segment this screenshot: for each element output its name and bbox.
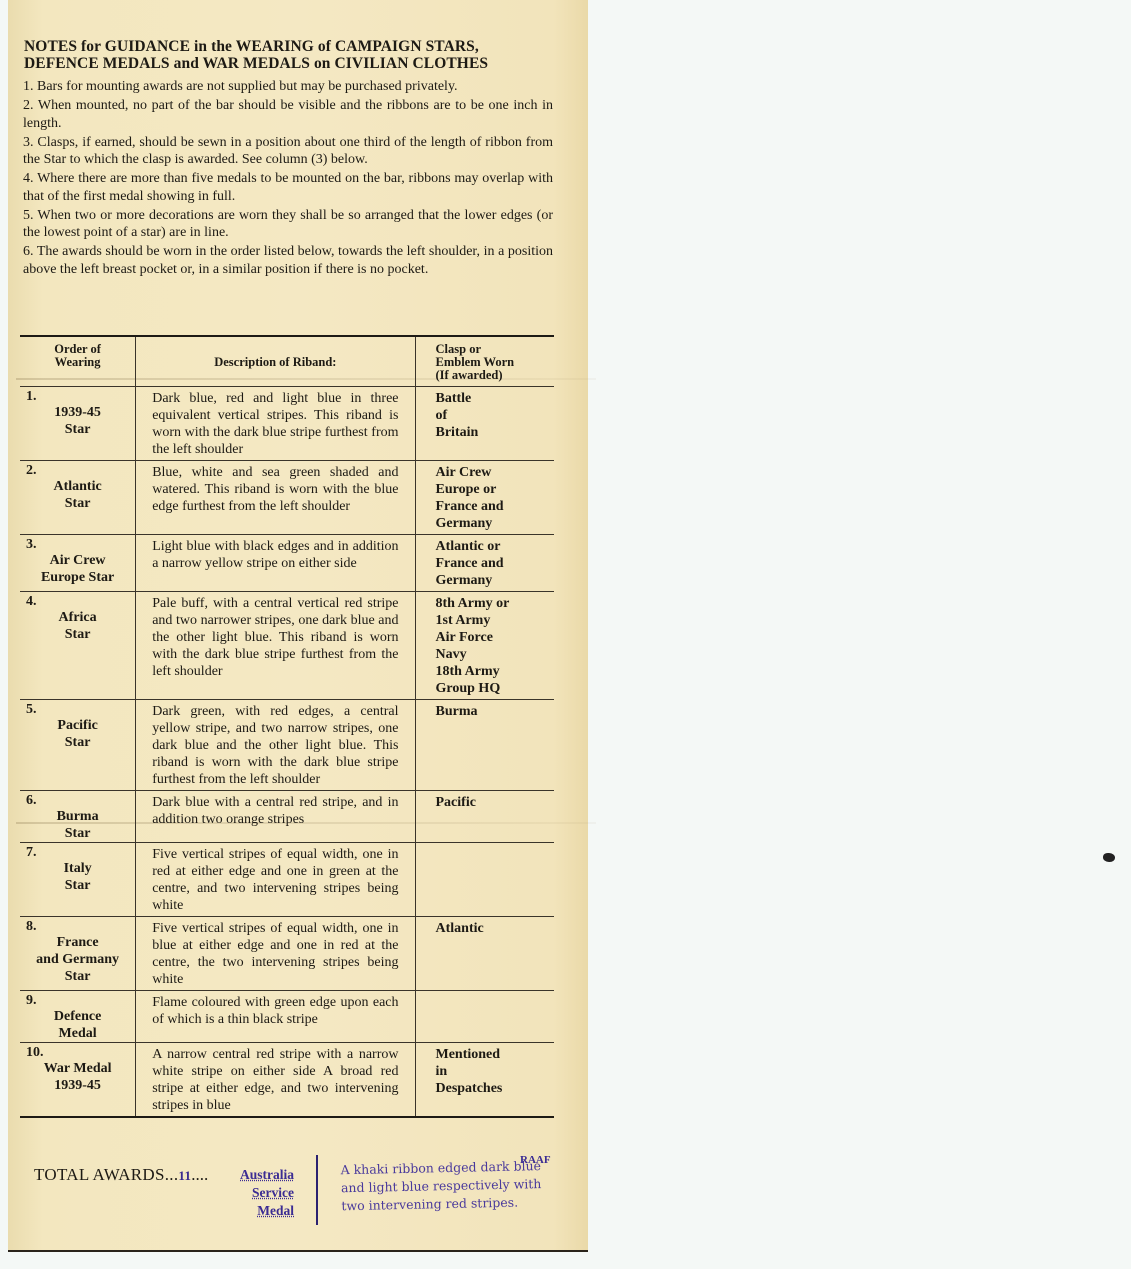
- note-3: 3. Clasps, if earned, should be sewn in …: [23, 134, 553, 169]
- medal-name: Defence Medal: [20, 1008, 135, 1042]
- table-row: 9.Defence MedalFlame coloured with green…: [20, 991, 554, 1043]
- riband-description: Flame coloured with green edge upon each…: [136, 991, 415, 1043]
- table-row: 2.Atlantic StarBlue, white and sea green…: [20, 461, 554, 535]
- order-number: 5.: [20, 700, 135, 717]
- order-number: 10.: [20, 1043, 135, 1060]
- clasp-emblem: Burma: [415, 700, 554, 791]
- order-number: 2.: [20, 461, 135, 478]
- medal-name: Atlantic Star: [20, 478, 135, 512]
- stamp-line: Australia: [198, 1166, 294, 1184]
- order-number: 9.: [20, 991, 135, 1008]
- table-row: 7.Italy StarFive vertical stripes of equ…: [20, 843, 554, 917]
- order-number: 7.: [20, 843, 135, 860]
- title-line-1: NOTES for GUIDANCE in the WEARING of CAM…: [24, 38, 554, 55]
- riband-description: Dark green, with red edges, a central ye…: [136, 700, 415, 791]
- order-cell: 9.Defence Medal: [20, 991, 136, 1043]
- riband-description: Pale buff, with a central vertical red s…: [136, 592, 415, 700]
- order-cell: 8.France and Germany Star: [20, 917, 136, 991]
- order-number: 4.: [20, 592, 135, 609]
- medal-name: Burma Star: [20, 808, 135, 842]
- medal-name: Italy Star: [20, 860, 135, 894]
- order-cell: 6.Burma Star: [20, 791, 136, 843]
- clasp-emblem: Atlantic: [415, 917, 554, 991]
- table-row: 3.Air Crew Europe StarLight blue with bl…: [20, 535, 554, 592]
- riband-description: Blue, white and sea green shaded and wat…: [136, 461, 415, 535]
- order-cell: 10.War Medal 1939-45: [20, 1043, 136, 1118]
- clasp-emblem: Pacific: [415, 791, 554, 843]
- note-5: 5. When two or more decorations are worn…: [23, 207, 553, 242]
- table-row: 10.War Medal 1939-45A narrow central red…: [20, 1043, 554, 1118]
- order-cell: 2.Atlantic Star: [20, 461, 136, 535]
- note-2: 2. When mounted, no part of the bar shou…: [23, 97, 553, 132]
- total-awards: TOTAL AWARDS...11....: [34, 1165, 208, 1185]
- medal-name: France and Germany Star: [20, 934, 135, 985]
- header-order: Order of Wearing: [20, 336, 136, 387]
- order-number: 3.: [20, 535, 135, 552]
- note-4: 4. Where there are more than five medals…: [23, 170, 553, 205]
- clasp-emblem: Mentioned in Despatches: [415, 1043, 554, 1118]
- awards-table: Order of Wearing Description of Riband: …: [20, 335, 554, 1118]
- medal-name: Pacific Star: [20, 717, 135, 751]
- clasp-emblem: Air Crew Europe or France and Germany: [415, 461, 554, 535]
- order-cell: 7.Italy Star: [20, 843, 136, 917]
- clasp-emblem: Atlantic or France and Germany: [415, 535, 554, 592]
- medal-name: War Medal 1939-45: [20, 1060, 135, 1094]
- riband-description: Light blue with black edges and in addit…: [136, 535, 415, 592]
- clasp-emblem: [415, 991, 554, 1043]
- riband-description: A narrow central red stripe with a narro…: [136, 1043, 415, 1118]
- medal-name: 1939-45 Star: [20, 404, 135, 438]
- order-cell: 5.Pacific Star: [20, 700, 136, 791]
- total-awards-value: 11: [178, 1168, 191, 1183]
- stamp-line: Service: [198, 1184, 294, 1202]
- table-header-row: Order of Wearing Description of Riband: …: [20, 336, 554, 387]
- table-row: 8.France and Germany StarFive vertical s…: [20, 917, 554, 991]
- riband-description: Five vertical stripes of equal width, on…: [136, 843, 415, 917]
- stamp-line: Medal: [198, 1202, 294, 1220]
- header-description: Description of Riband:: [136, 336, 415, 387]
- riband-description: Dark blue, red and light blue in three e…: [136, 387, 415, 461]
- header-clasp: Clasp or Emblem Worn (If awarded): [415, 336, 554, 387]
- clasp-emblem: Battle of Britain: [415, 387, 554, 461]
- title-line-2: DEFENCE MEDALS and WAR MEDALS on CIVILIA…: [24, 55, 554, 72]
- table-row: 5.Pacific StarDark green, with red edges…: [20, 700, 554, 791]
- order-cell: 3.Air Crew Europe Star: [20, 535, 136, 592]
- table-row: 1.1939-45 StarDark blue, red and light b…: [20, 387, 554, 461]
- order-cell: 1.1939-45 Star: [20, 387, 136, 461]
- document-title: NOTES for GUIDANCE in the WEARING of CAM…: [24, 38, 554, 72]
- table-row: 6.Burma StarDark blue with a central red…: [20, 791, 554, 843]
- medal-name: Africa Star: [20, 609, 135, 643]
- clasp-emblem: 8th Army or 1st Army Air Force Navy 18th…: [415, 592, 554, 700]
- order-number: 8.: [20, 917, 135, 934]
- order-number: 6.: [20, 791, 135, 808]
- clasp-emblem: [415, 843, 554, 917]
- stamp-divider: [316, 1155, 318, 1225]
- order-number: 1.: [20, 387, 135, 404]
- scan-speck: [1103, 853, 1115, 862]
- order-cell: 4.Africa Star: [20, 592, 136, 700]
- table-row: 4.Africa StarPale buff, with a central v…: [20, 592, 554, 700]
- guidance-notes: 1. Bars for mounting awards are not supp…: [23, 78, 553, 280]
- riband-description: Dark blue with a central red stripe, and…: [136, 791, 415, 843]
- total-awards-label: TOTAL AWARDS...: [34, 1165, 178, 1184]
- stamp-ribbon-description: A khaki ribbon edged dark blue and light…: [340, 1157, 561, 1216]
- stamp-australia-service-medal: Australia Service Medal: [198, 1166, 294, 1220]
- note-6: 6. The awards should be worn in the orde…: [23, 243, 553, 278]
- medal-name: Air Crew Europe Star: [20, 552, 135, 586]
- riband-description: Five vertical stripes of equal width, on…: [136, 917, 415, 991]
- note-1: 1. Bars for mounting awards are not supp…: [23, 78, 553, 96]
